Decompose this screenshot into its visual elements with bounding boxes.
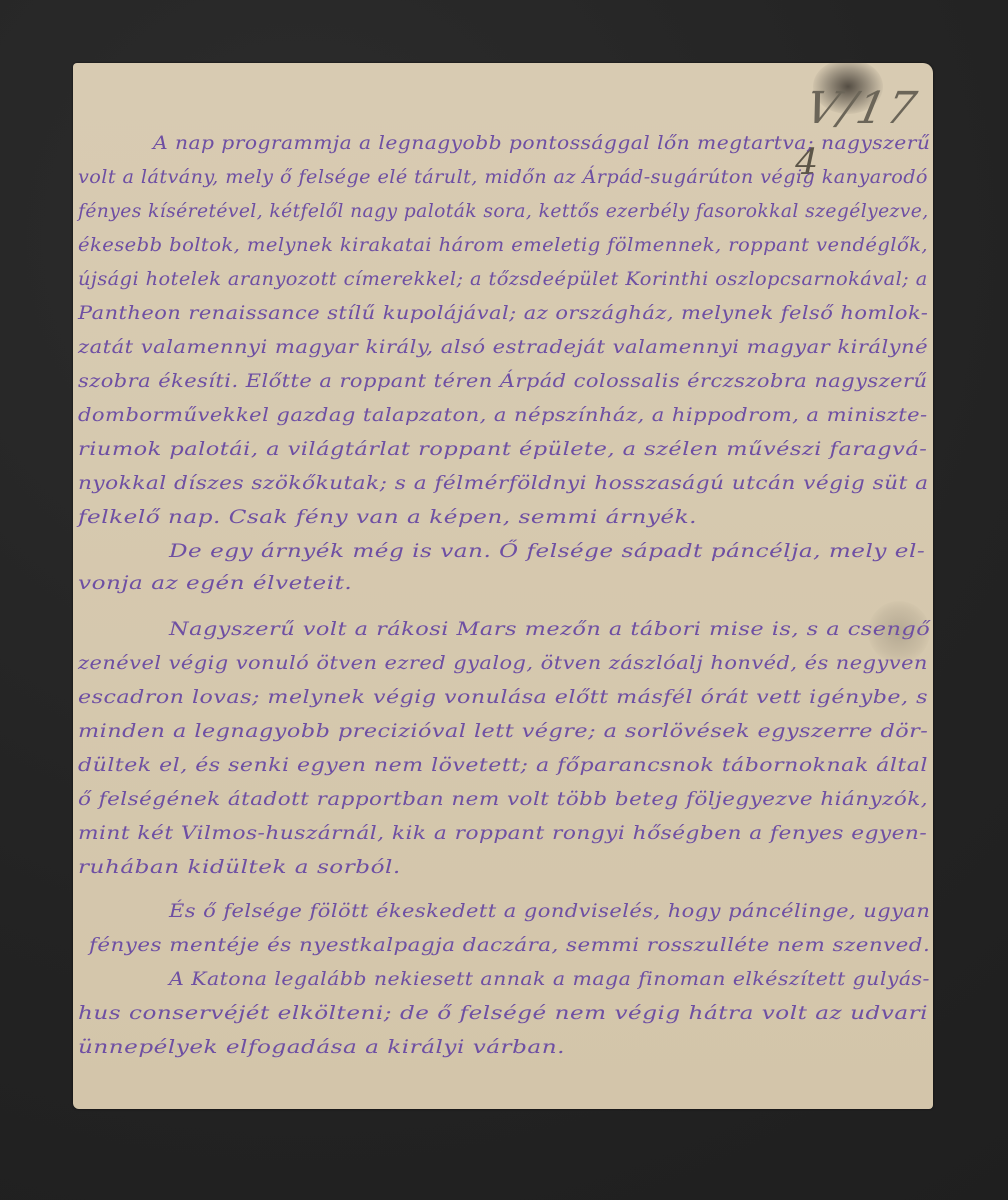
text-line: escadron lovas; melynek végig vonulása e… <box>78 687 928 708</box>
text-line: dültek el, és senki egyen nem lövetett; … <box>78 755 928 776</box>
text-line: vonja az egén élveteit. <box>78 573 352 594</box>
text-line: minden a legnagyobb precizióval lett vég… <box>78 721 928 742</box>
text-line: Nagyszerű volt a rákosi Mars mezőn a táb… <box>169 619 930 640</box>
text-line: zatát valamennyi magyar király, alsó est… <box>78 337 928 358</box>
text-line: hus conservéjét elkölteni; de ő felségé … <box>78 1003 928 1024</box>
text-line: domborművekkel gazdag talapzaton, a néps… <box>78 405 928 426</box>
text-line: felkelő nap. Csak fény van a képen, semm… <box>78 507 697 528</box>
manuscript-page: V/17 4 A nap programmja a legnagyobb pon… <box>73 63 933 1109</box>
text-line: ő felségének átadott rapportban nem volt… <box>78 789 928 810</box>
text-line: ünnepélyek elfogadása a királyi várban. <box>78 1037 565 1058</box>
text-line: szobra ékesíti. Előtte a roppant téren Á… <box>78 371 927 392</box>
text-line: zenével végig vonuló ötven ezred gyalog,… <box>78 653 928 674</box>
text-line: De egy árnyék még is van. Ő felsége sápa… <box>169 541 925 562</box>
text-line: A nap programmja a legnagyobb pontosságg… <box>153 133 930 154</box>
text-line: És ő felsége fölött ékeskedett a gondvis… <box>169 901 930 922</box>
text-line: fényes kíséretével, kétfelől nagy palotá… <box>78 201 929 222</box>
text-line: volt a látvány, mely ő felsége elé tárul… <box>78 167 928 188</box>
text-line: nyokkal díszes szökőkutak; s a félmérföl… <box>78 473 929 494</box>
text-line: mint két Vilmos-huszárnál, kik a roppant… <box>78 823 927 844</box>
text-line: ruhában kidültek a sorból. <box>78 857 401 878</box>
text-line: riumok palotái, a világtárlat roppant ép… <box>78 439 927 460</box>
text-line: ékesebb boltok, melynek kirakatai három … <box>78 235 928 256</box>
handwritten-text: A nap programmja a legnagyobb pontosságg… <box>73 63 933 1109</box>
text-line: fényes mentéje és nyestkalpagja daczára,… <box>89 935 930 956</box>
text-line: újsági hotelek aranyozott címerekkel; a … <box>78 269 928 290</box>
text-line: A Katona legalább nekiesett annak a maga… <box>169 969 930 990</box>
text-line: Pantheon renaissance stílű kupolájával; … <box>78 303 928 324</box>
